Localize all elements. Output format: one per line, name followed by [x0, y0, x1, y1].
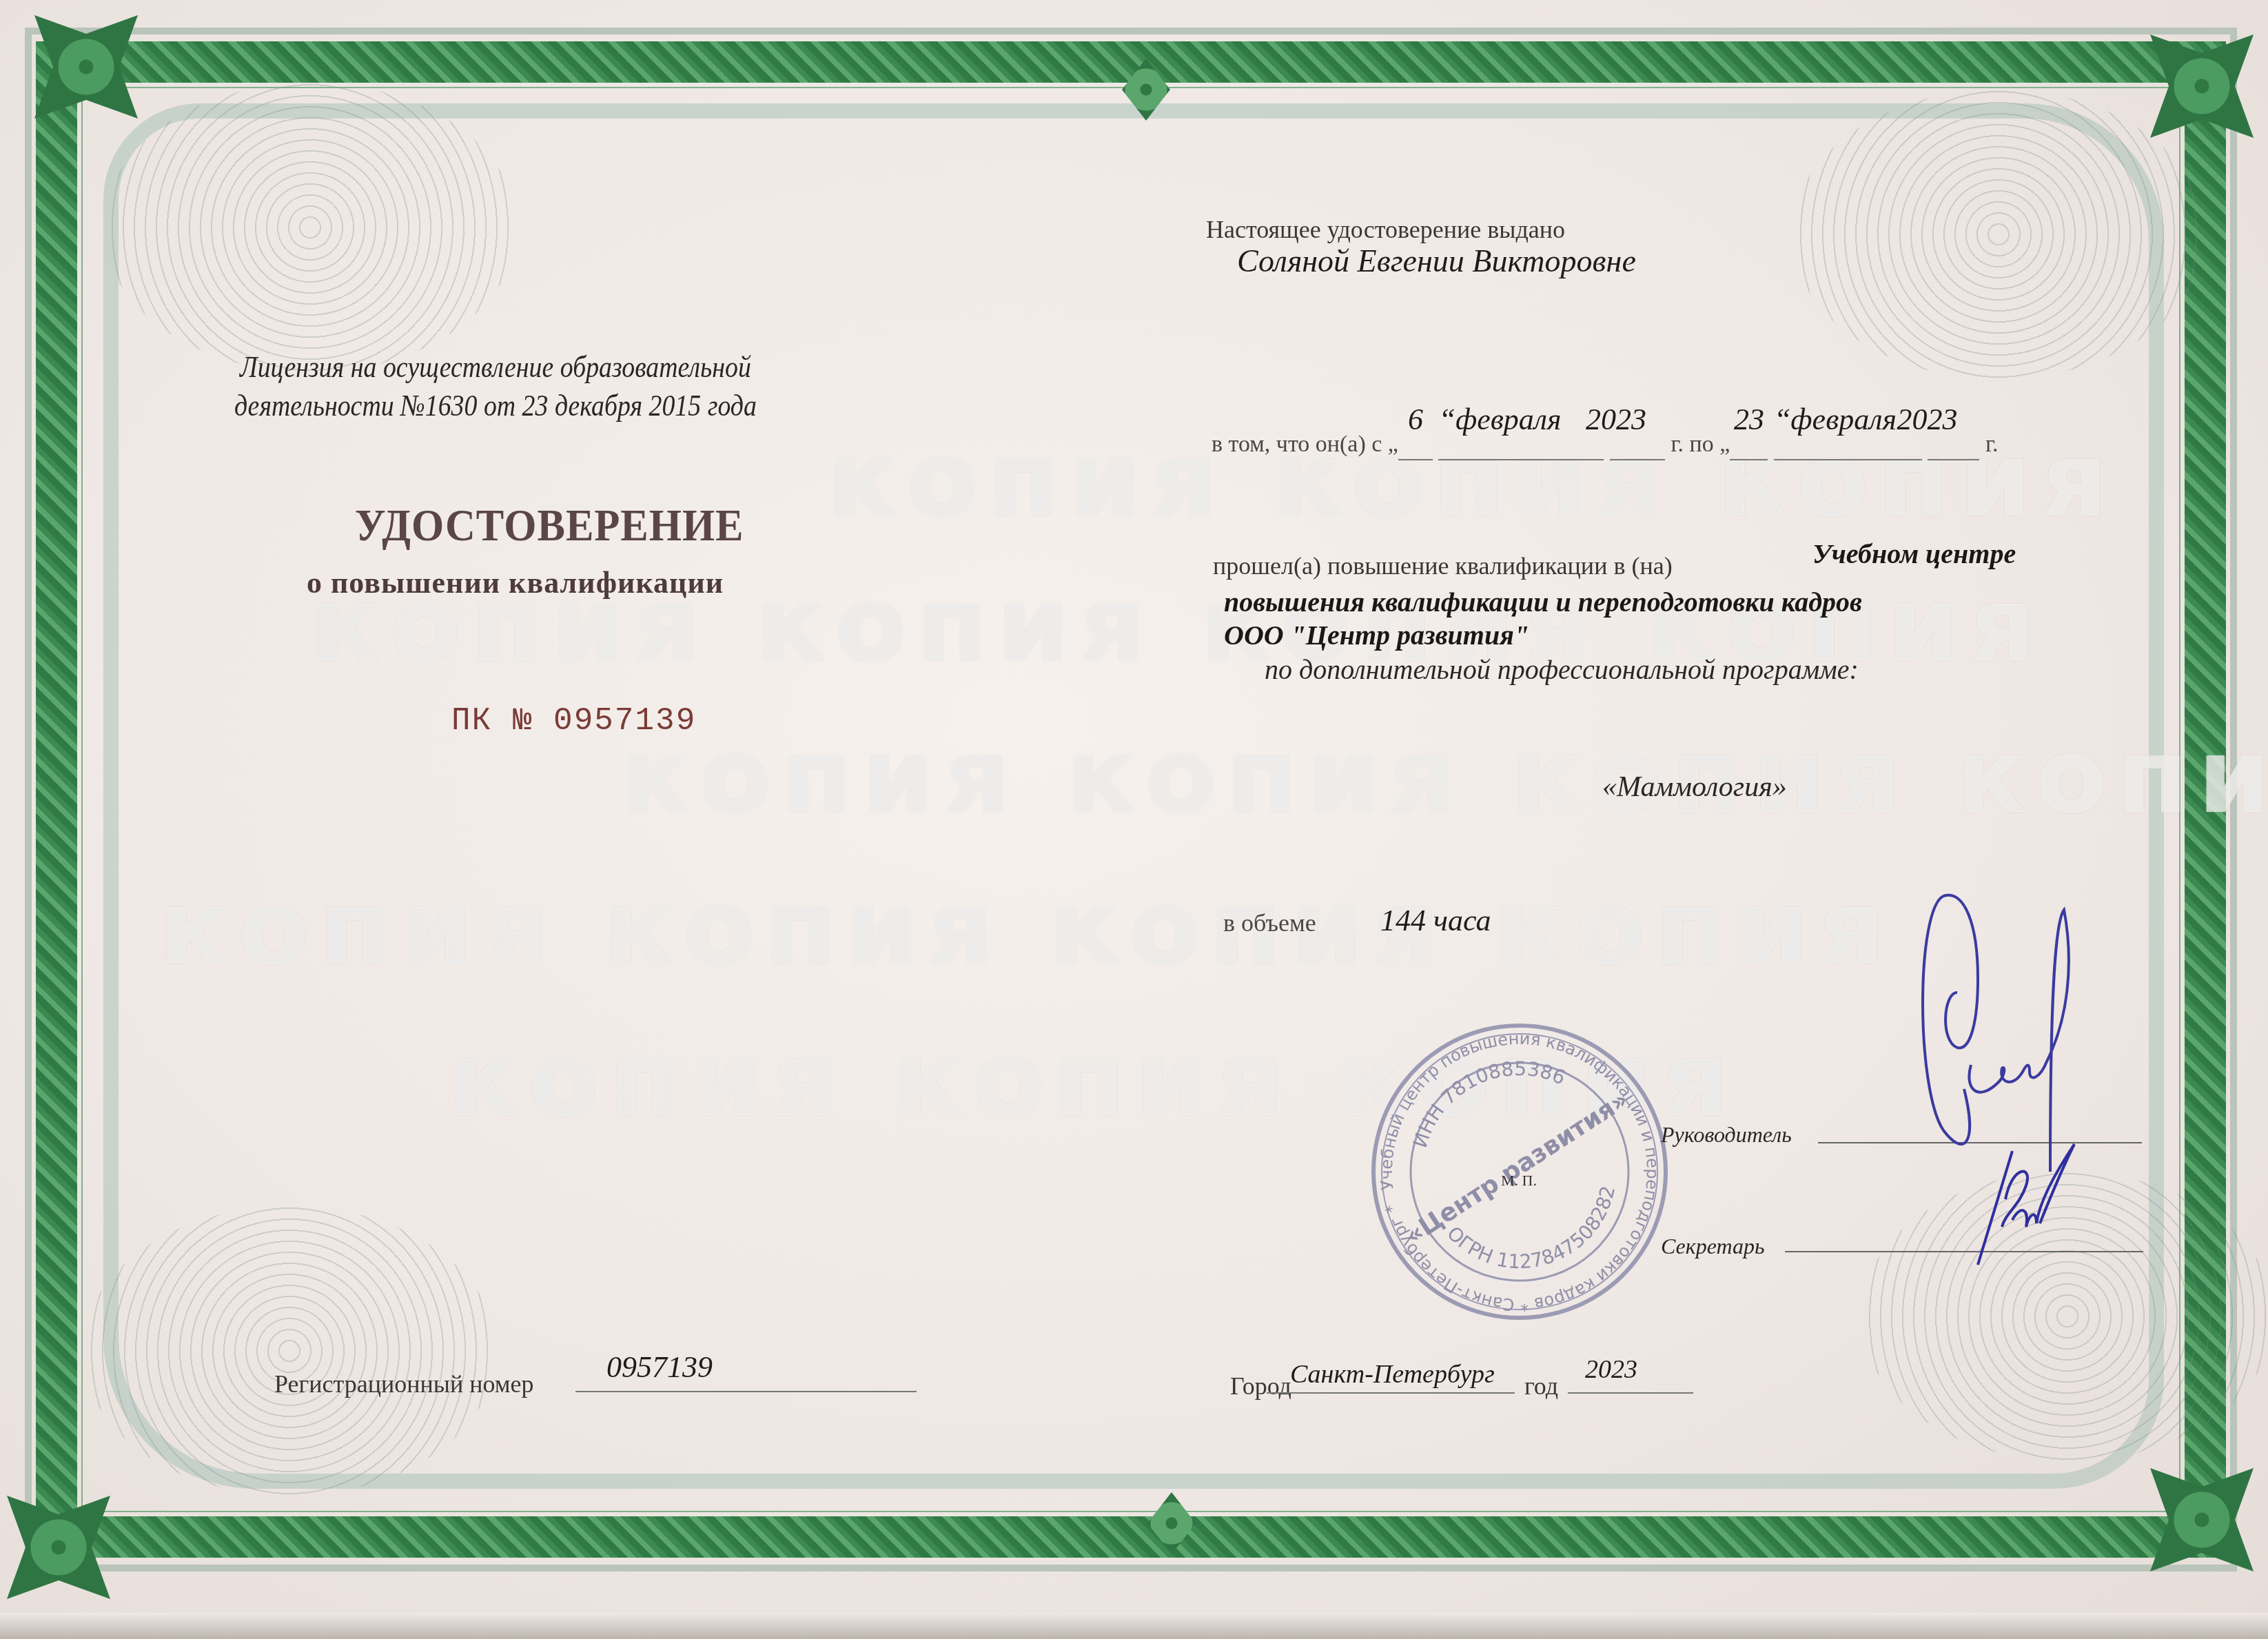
license-line-1: Лицензия на осуществление образовательно… — [234, 348, 757, 387]
city-label: Город — [1230, 1372, 1291, 1401]
decorative-ribbon — [103, 103, 2164, 1489]
registration-line — [575, 1391, 917, 1392]
recipient-name: Соляной Евгении Викторовне — [1237, 243, 1636, 279]
period-from-month: февраля — [1455, 403, 1562, 436]
license-text: Лицензия на осуществление образовательно… — [234, 348, 757, 425]
head-signature-icon — [1902, 882, 2109, 1172]
registration-number: 0957139 — [606, 1350, 713, 1385]
volume-label: в объеме — [1223, 908, 1316, 937]
organization-line-1: Учебном центре — [1812, 538, 2016, 570]
period-from-day: 6 — [1408, 403, 1423, 436]
year-value: 2023 — [1585, 1354, 1637, 1385]
quote-mark: “ — [1438, 403, 1455, 436]
period-to-month: февраля — [1790, 403, 1897, 436]
year-label: год — [1524, 1372, 1558, 1401]
secretary-signature-icon — [1971, 1137, 2095, 1268]
seal-place-label: М. П. — [1501, 1172, 1537, 1190]
background-surface — [0, 1613, 2268, 1639]
period-from-year: 2023 — [1586, 403, 1646, 436]
organization-line-3: ООО "Центр развития" — [1224, 619, 1529, 651]
program-label: по дополнительной профессиональной прогр… — [1265, 653, 1859, 686]
serial-number: ПК № 0957139 — [451, 703, 696, 739]
secretary-label: Секретарь — [1661, 1234, 1765, 1259]
city-line — [1267, 1392, 1515, 1394]
volume-hours: 144 часа — [1380, 903, 1491, 938]
quote-mark: “ — [1774, 403, 1790, 436]
city-value: Санкт-Петербург — [1290, 1359, 1495, 1389]
head-label: Руководитель — [1661, 1122, 1792, 1148]
program-name: «Маммология» — [1602, 771, 1787, 804]
period-to-day: 23 — [1734, 403, 1764, 436]
period-suffix: г. — [1985, 431, 1999, 457]
issued-label: Настоящее удостоверение выдано — [1206, 215, 1565, 244]
period-mid: г. по „ — [1671, 431, 1730, 457]
year-line — [1568, 1392, 1693, 1394]
certificate-paper: копия копия копия копия копия копия копи… — [0, 0, 2268, 1613]
license-line-2: деятельности №1630 от 23 декабря 2015 го… — [234, 387, 757, 425]
training-period: в том, что он(а) с „6 “февраля 2023 г. п… — [1212, 424, 1999, 460]
period-to-year: 2023 — [1897, 403, 1957, 436]
registration-label: Регистрационный номер — [274, 1370, 534, 1398]
organization-line-2: повышения квалификации и переподготовки … — [1224, 586, 1862, 618]
period-prefix: в том, что он(а) с „ — [1212, 431, 1398, 457]
passed-label: прошел(а) повышение квалификации в (на) — [1213, 551, 1673, 580]
certificate-title: УДОСТОВЕРЕНИЕ — [355, 500, 744, 552]
certificate-subtitle: о повышении квалификации — [307, 565, 724, 600]
